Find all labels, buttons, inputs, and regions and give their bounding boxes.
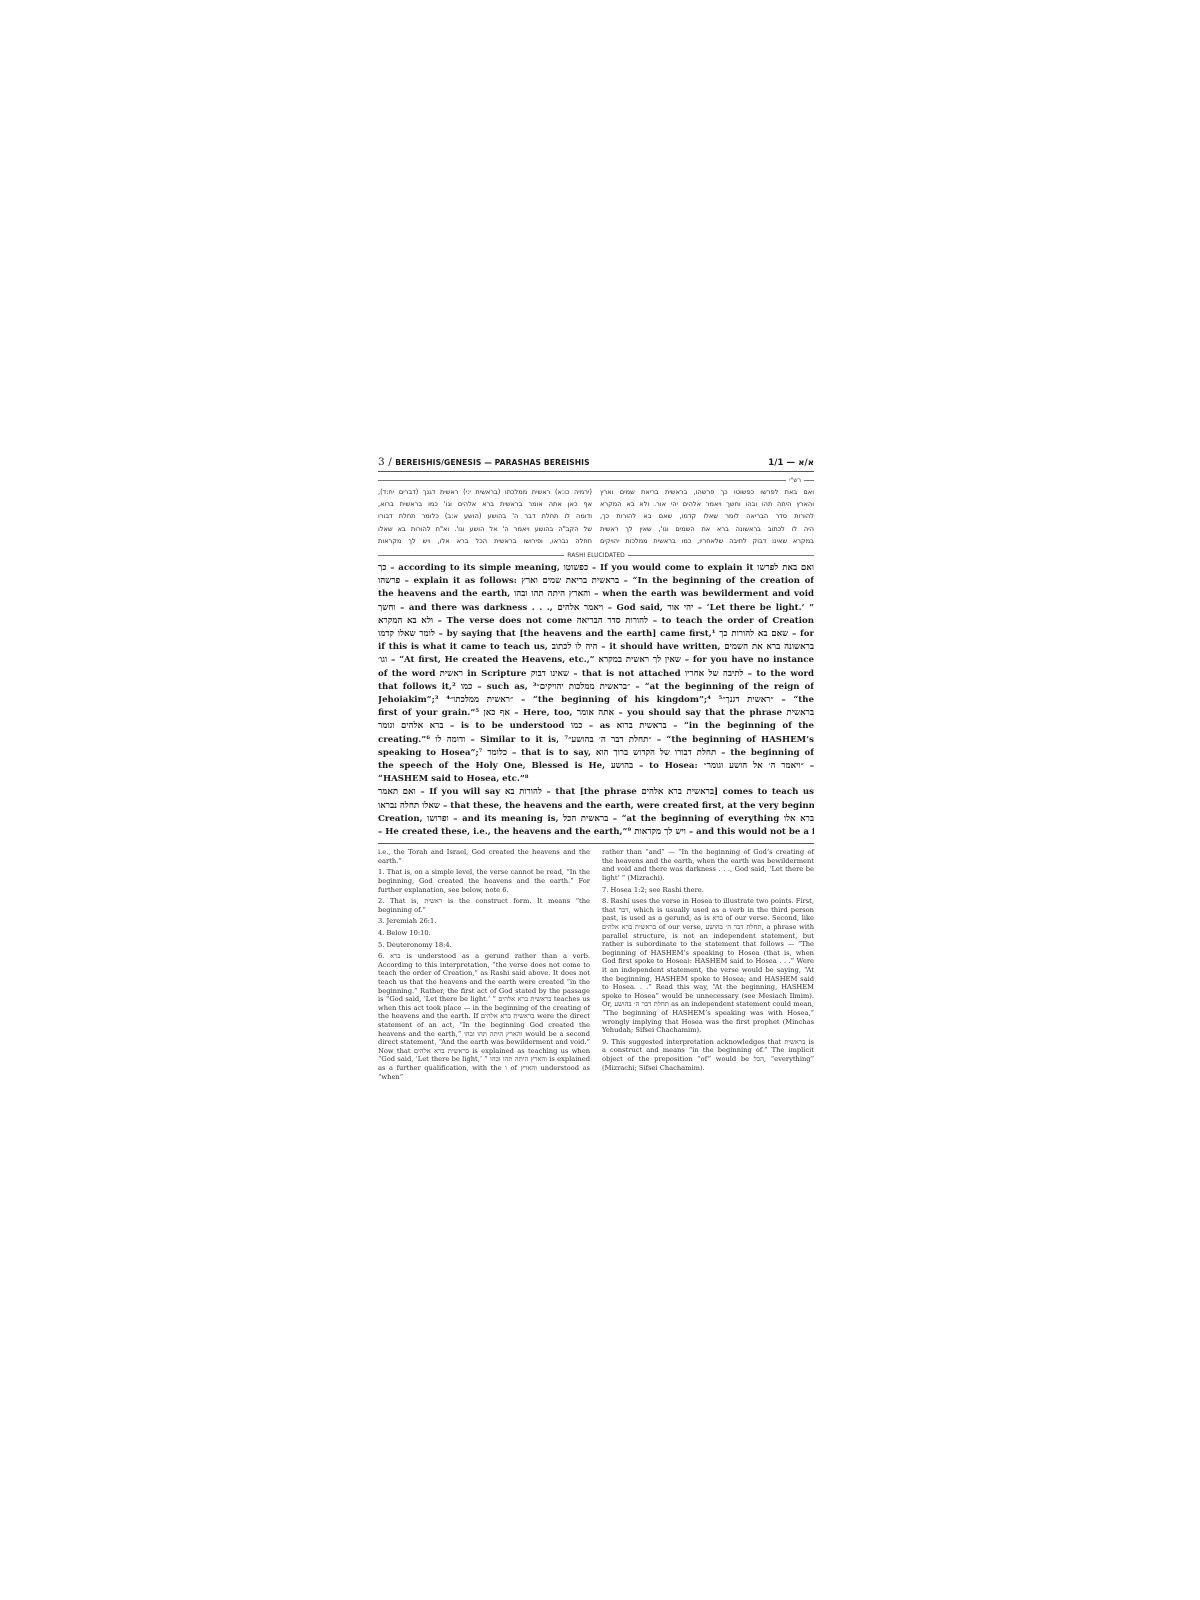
elucidated-line: speaking to Hosea”;⁷ כלומר – that is to … bbox=[378, 747, 814, 760]
rashi-hebrew-text: ואם באת לפרשו כפשוטו כך פרשהו, בראשית בר… bbox=[378, 486, 814, 547]
elucidated-line: of the word ראשית in Scripture שאינו דבו… bbox=[378, 668, 814, 681]
rashi-hebrew-left-column: (ירמיה כו:א) ראשית ממלכתו (בראשית י:י) ר… bbox=[378, 486, 592, 547]
verse-reference: 1/1 — א/א bbox=[768, 458, 814, 468]
elucidated-line: “HASHEM said to Hosea, etc.”⁸ bbox=[378, 773, 814, 786]
hebrew-line: (ירמיה כו:א) ראשית ממלכתו (בראשית י:י) ר… bbox=[378, 486, 592, 498]
elucidated-line: ולא בא המקרא – The verse does not come ל… bbox=[378, 615, 814, 628]
elucidated-line: creating.”⁶ ודומה לו – Similar to it is,… bbox=[378, 734, 814, 747]
book-title: BEREISHIS/GENESIS — PARASHAS BEREISHIS bbox=[395, 458, 589, 467]
footnote-2: 2. That is, ראשית is the construct form.… bbox=[378, 897, 590, 914]
page-separator: / bbox=[385, 456, 396, 468]
footnote-7: 7. Hosea 1:2; see Rashi there. bbox=[602, 886, 814, 895]
elucidated-line: – He created these, i.e., the heavens an… bbox=[378, 826, 814, 839]
elucidated-line: וגו׳ – “At first, He created the Heavens… bbox=[378, 654, 814, 667]
elucidated-header-rule: RASHI ELUCIDATED bbox=[378, 552, 814, 559]
elucidated-line: the heavens and the earth, והארץ היתה תה… bbox=[378, 588, 814, 601]
elucidated-line: first of your grain.”⁵ אף כאן – Here, to… bbox=[378, 707, 814, 720]
elucidated-line: וחשך – and there was darkness . . ., ויא… bbox=[378, 602, 814, 615]
hebrew-line: היה לו לכתוב בראשונה ברא את השמים וגו', … bbox=[600, 523, 814, 535]
hebrew-line: והארץ היתה תהו ובהו וחשך ויאמר אלהים יהי… bbox=[600, 498, 814, 510]
footnotes: i.e., the Torah and Israel, God created … bbox=[378, 848, 814, 1084]
footnote-6-continued: rather than “and” — “In the beginning of… bbox=[602, 848, 814, 882]
elucidated-line: ברא אלהים וגומר – is to be understood כמ… bbox=[378, 720, 814, 733]
book-page: 3 / BEREISHIS/GENESIS — PARASHAS BEREISH… bbox=[378, 456, 814, 1084]
footnote-9: 9. This suggested interpretation acknowl… bbox=[602, 1038, 814, 1072]
hebrew-line: תחלה נבראו, ופירושו בראשית הכל ברא אלו, … bbox=[378, 535, 592, 547]
footnotes-left-column: i.e., the Torah and Israel, God created … bbox=[378, 848, 590, 1084]
elucidated-line: ואם תאמר – If you will say להורות בא – t… bbox=[378, 786, 814, 799]
hebrew-line: להורות סדר הבריאה לומר שאלו קדמו, שאם בא… bbox=[600, 510, 814, 522]
elucidated-line: the speech of the Holy One, Blessed is H… bbox=[378, 760, 814, 773]
rule-line bbox=[378, 555, 564, 556]
rashi-header-label: רש"י bbox=[786, 477, 804, 484]
rashi-hebrew-right-column: ואם באת לפרשו כפשוטו כך פרשהו, בראשית בר… bbox=[600, 486, 814, 547]
elucidated-line: Creation, ופרושו – and its meaning is, ב… bbox=[378, 813, 814, 826]
rashi-elucidated-text: כך – according to its simple meaning, כפ… bbox=[378, 562, 814, 839]
footnote-6: 6. ברא is understood as a gerund rather … bbox=[378, 952, 590, 1081]
rule-line bbox=[628, 555, 814, 556]
hebrew-line: ודומה לו תחלת דבר ה' בהושע (הושע א:ב) כל… bbox=[378, 510, 592, 522]
footnote-3: 3. Jeremiah 26:1. bbox=[378, 917, 590, 926]
running-head-left: 3 / BEREISHIS/GENESIS — PARASHAS BEREISH… bbox=[378, 456, 590, 468]
running-head: 3 / BEREISHIS/GENESIS — PARASHAS BEREISH… bbox=[378, 456, 814, 472]
footnote-divider bbox=[378, 843, 814, 844]
elucidated-line: לומר שאלו קדמו – by saying that [the hea… bbox=[378, 628, 814, 641]
footnote-5: 5. Deuteronomy 18:4. bbox=[378, 941, 590, 950]
elucidated-label: RASHI ELUCIDATED bbox=[564, 552, 627, 559]
footnotes-right-column: rather than “and” — “In the beginning of… bbox=[602, 848, 814, 1084]
footnote-1: 1. That is, on a simple level, the verse… bbox=[378, 868, 590, 894]
hebrew-line: ואם באת לפרשו כפשוטו כך פרשהו, בראשית בר… bbox=[600, 486, 814, 498]
elucidated-line: פרשהו – explain it as follows: בראשית בר… bbox=[378, 575, 814, 588]
elucidated-line: that follows it,² כמו – such as, ״בראשית… bbox=[378, 681, 814, 694]
footnote: i.e., the Torah and Israel, God created … bbox=[378, 848, 590, 865]
rashi-header-rule: רש"י bbox=[378, 477, 814, 484]
elucidated-line: Jehoiakim”;³ ״ראשית ממלכתו״⁴ – “the begi… bbox=[378, 694, 814, 707]
page-number: 3 bbox=[378, 456, 385, 468]
hebrew-line: של הקב"ה בהושע ויאמר ה' אל הושע וגו'. וא… bbox=[378, 523, 592, 535]
elucidated-line: כך – according to its simple meaning, כפ… bbox=[378, 562, 814, 575]
footnote-8: 8. Rashi uses the verse in Hosea to illu… bbox=[602, 897, 814, 1035]
hebrew-line: אף כאן אתה אומר בראשית ברא אלהים וגו' כמ… bbox=[378, 498, 592, 510]
rule-line bbox=[804, 480, 814, 481]
elucidated-line: שאלו תחלה נבראו – that these, the heaven… bbox=[378, 800, 814, 813]
elucidated-line: if this is what it came to teach us, היה… bbox=[378, 641, 814, 654]
rule-line bbox=[378, 480, 786, 481]
footnote-4: 4. Below 10:10. bbox=[378, 929, 590, 938]
hebrew-line: במקרא שאינו דבוק לתיבה שלאחריו, כמו בראש… bbox=[600, 535, 814, 547]
